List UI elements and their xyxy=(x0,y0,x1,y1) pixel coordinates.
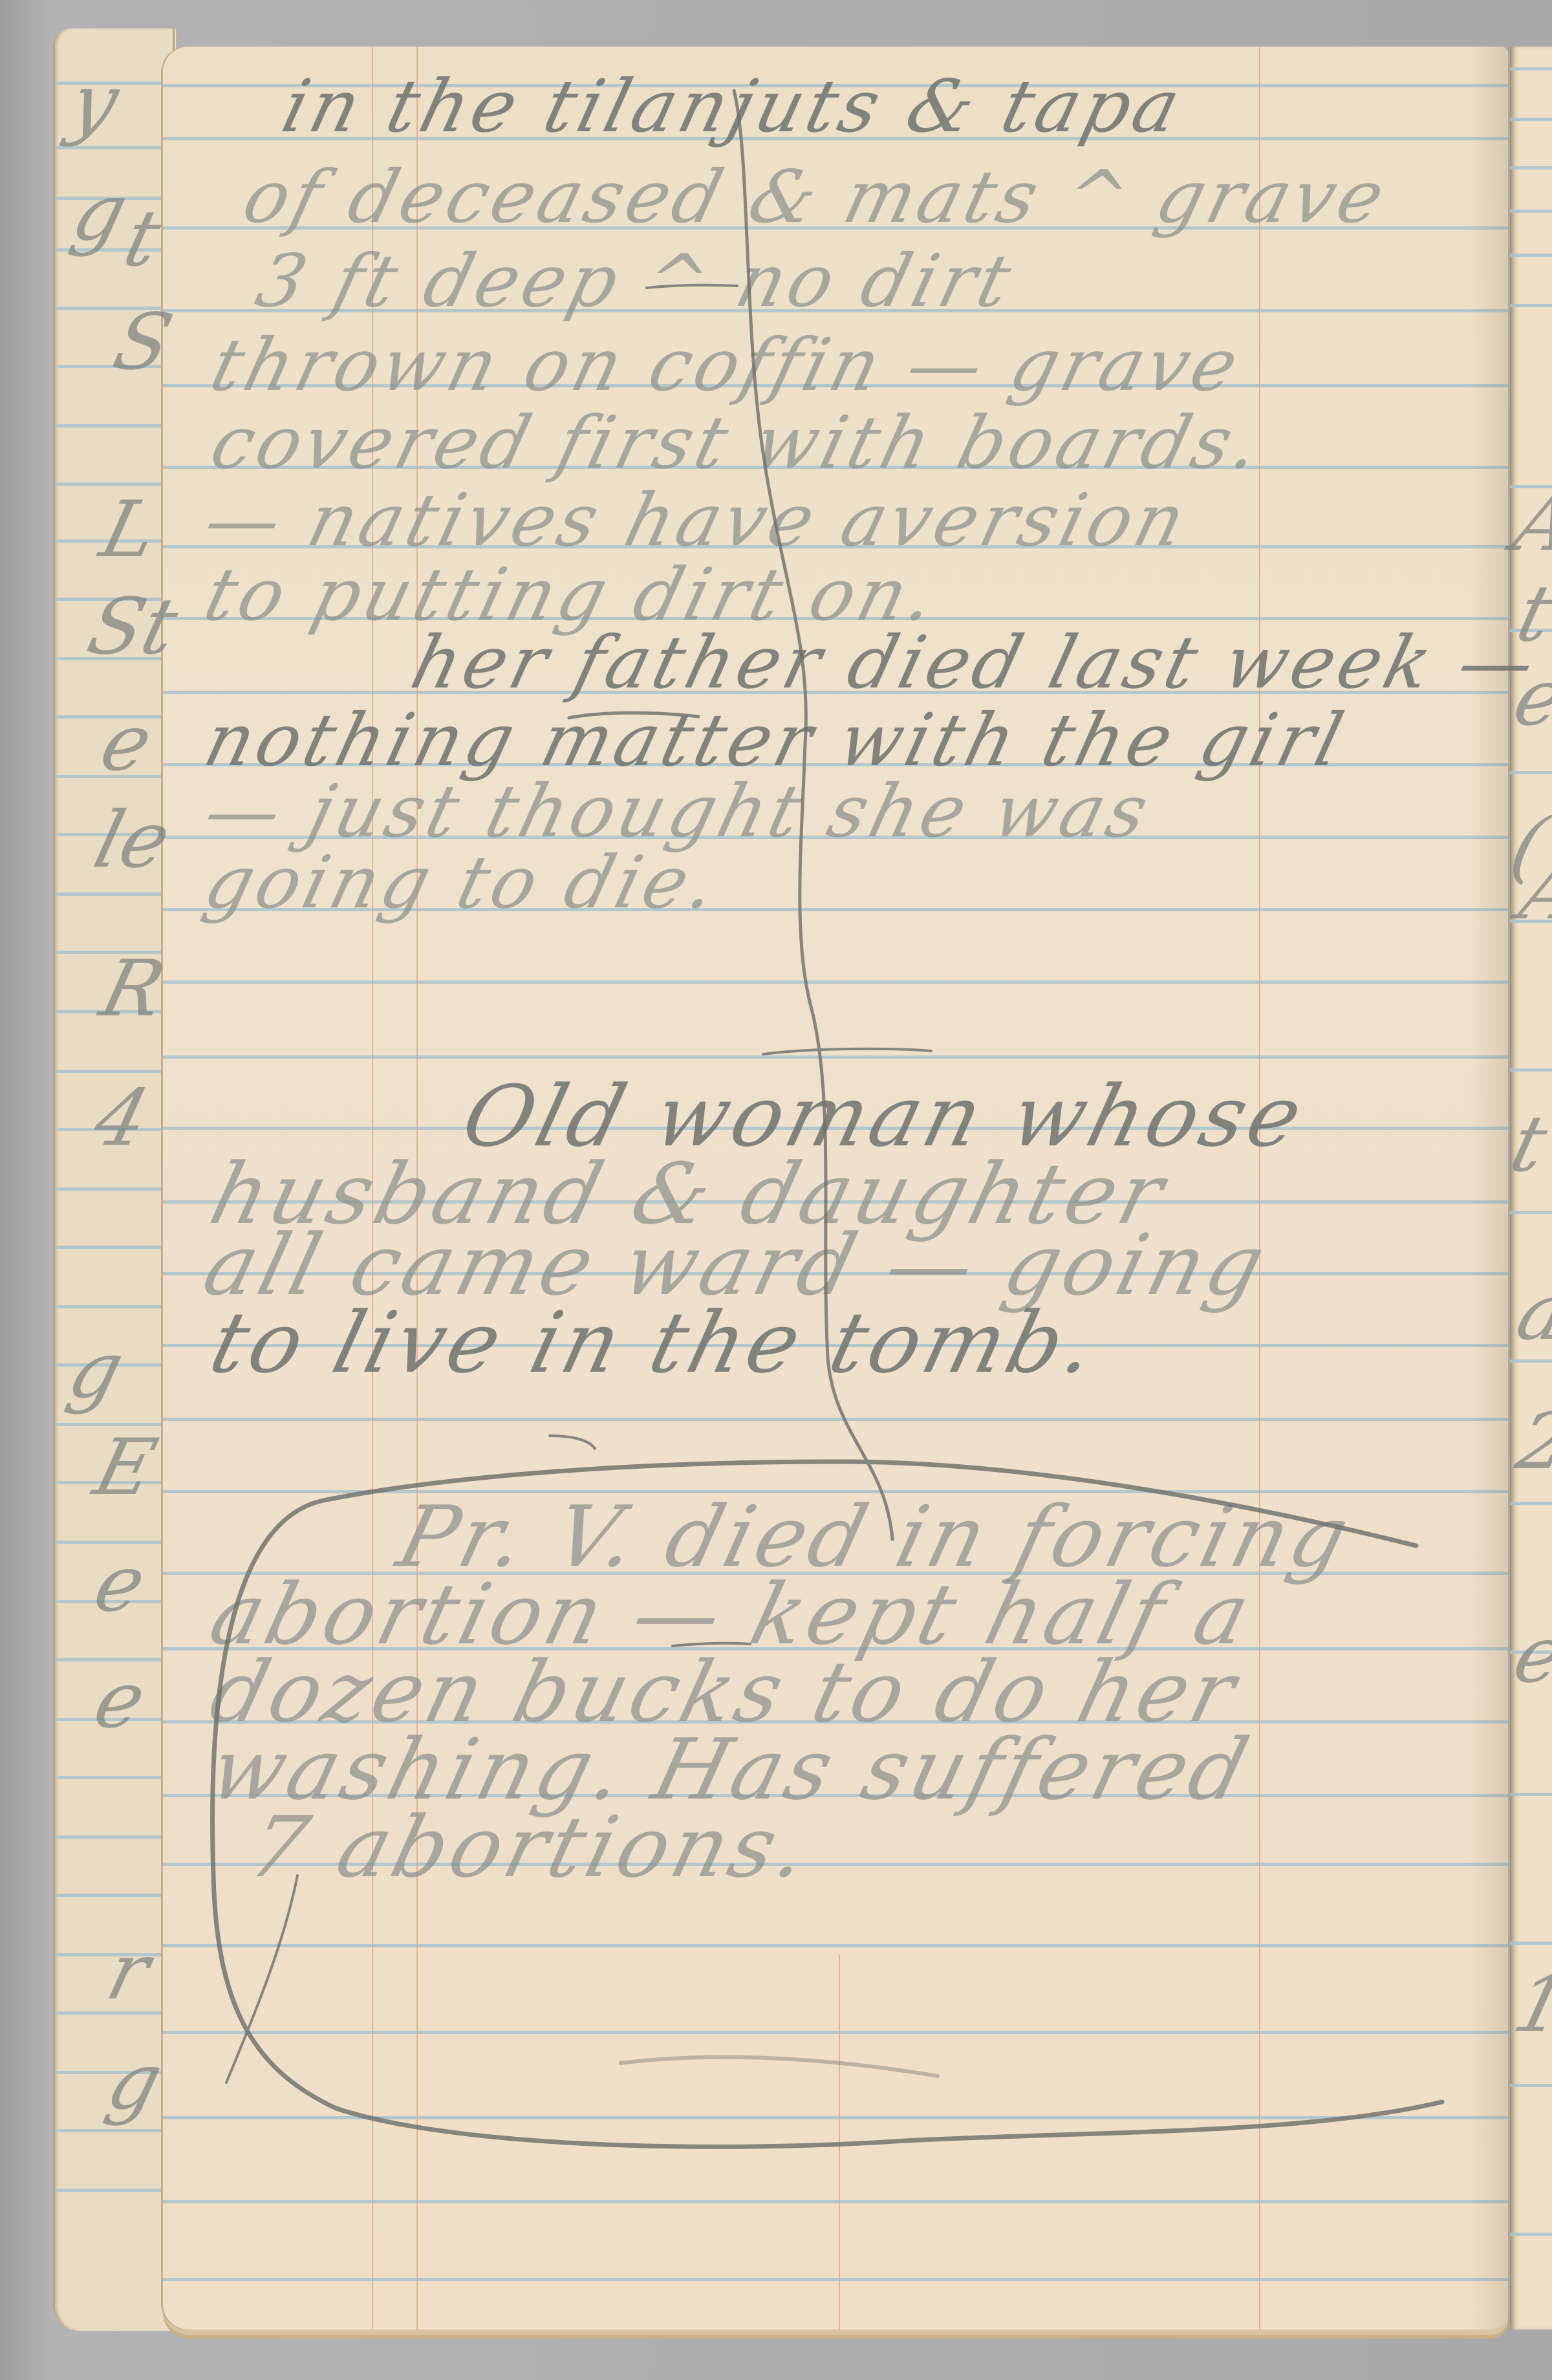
circle-around-paragraph xyxy=(213,1462,1442,2147)
pencil-strokes xyxy=(0,0,1552,2380)
center-wavy-line xyxy=(734,91,892,1539)
underline-father xyxy=(569,713,698,718)
